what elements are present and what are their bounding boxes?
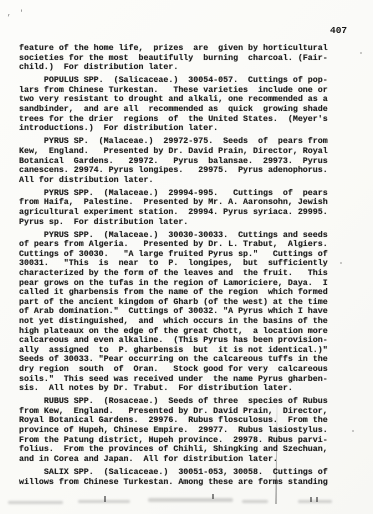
paragraph-pyrus-sp-kew: PYRUS SP. (Malaceae.) 29972-975. Seeds o… (19, 137, 334, 185)
paragraph-continuation-charcoal: feature of the home life, prizes are giv… (19, 44, 334, 73)
scan-smudge (298, 500, 332, 503)
paragraph-pyrus-spp-algeria: PYRUS SPP. (Malaceae.) 30030-30033. Cutt… (19, 231, 334, 394)
scan-smudge (148, 498, 233, 502)
scan-speck (352, 430, 354, 432)
scan-smudge-tick (212, 494, 214, 499)
paragraph-salix-spp: SALIX SPP. (Salicaceae.) 30051-053, 3005… (19, 468, 334, 487)
paragraph-rubus-spp: RUBUS SPP. (Rosaceae.) Seeds of three sp… (19, 397, 334, 464)
scanned-document-page: , ' 407 feature of the home life, prizes… (0, 0, 373, 514)
paragraph-pyrus-spp-haifa: PYRUS SPP. (Malaceae.) 29994-995. Cuttin… (19, 189, 334, 227)
scan-speck (340, 262, 342, 264)
scan-smudge-tick (310, 497, 312, 502)
scan-smudge (8, 501, 63, 504)
scan-speck (360, 52, 362, 54)
paragraph-populus-spp: POPULUS SPP. (Salicaceae.) 30054-057. Cu… (19, 76, 334, 134)
page-number: 407 (330, 25, 347, 36)
scan-smudge-tick (316, 497, 318, 502)
scan-smudge-tick (104, 496, 106, 502)
scan-corner-mark: , ' (7, 10, 26, 18)
text-block: feature of the home life, prizes are giv… (19, 44, 334, 491)
scan-smudge (242, 500, 268, 503)
